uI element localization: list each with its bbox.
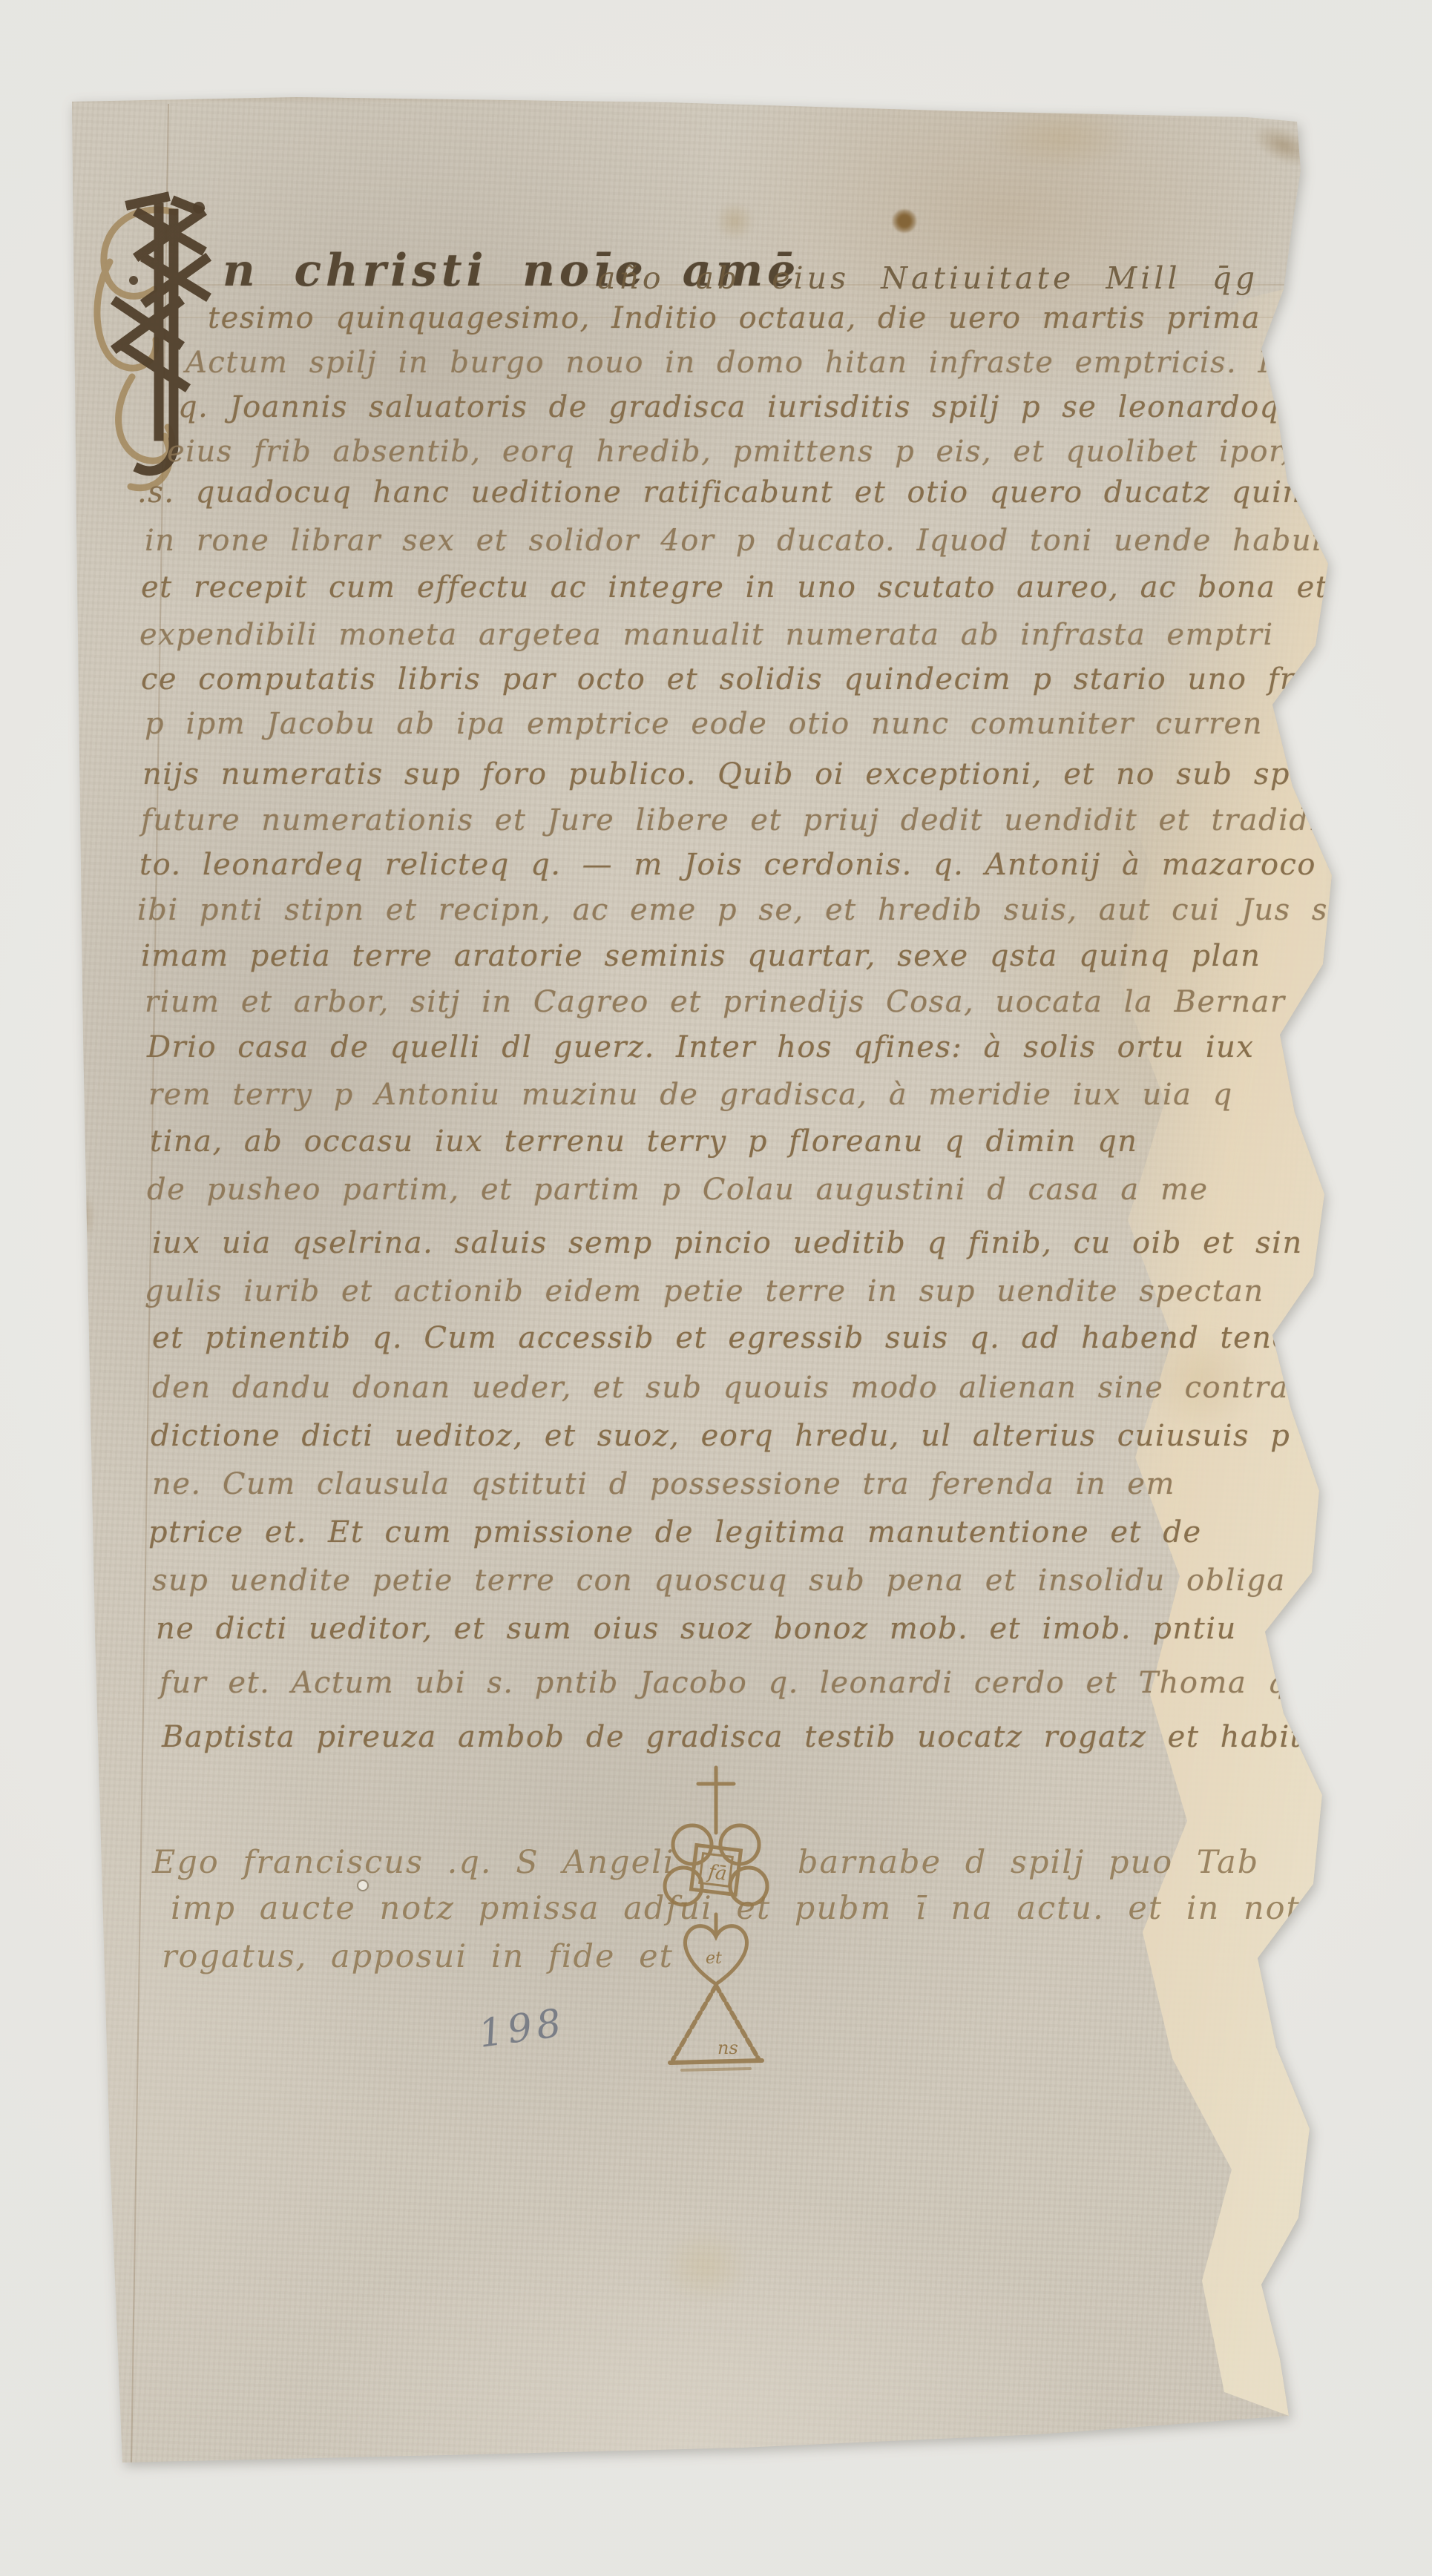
notary-mark-drawing: fā et ns bbox=[649, 1762, 783, 2081]
manuscript-line: to. leonardeq relicteq q. — m Jois cerdo… bbox=[139, 848, 1432, 882]
manuscript-line: eius frib absentib, eorq hredib, pmitten… bbox=[167, 435, 1419, 469]
notary-mark-heart-letters: et bbox=[706, 1949, 722, 1968]
manuscript-line: nijs numeratis sup foro publico. Quib oi… bbox=[142, 757, 1429, 791]
notary-mark-base-letters: ns bbox=[717, 2038, 738, 2058]
manuscript-line: in rone librar sex et solidor 4or p duca… bbox=[145, 524, 1374, 558]
manuscript-line: tesimo quinquagesimo, Inditio octaua, di… bbox=[208, 301, 1424, 335]
parchment-sheet: n christi noīe amē año ab eius Natiuitat… bbox=[67, 93, 1337, 2474]
manuscript-line: de pusheo partim, et partim p Colau augu… bbox=[147, 1173, 1209, 1207]
scanned-page: n christi noīe amē año ab eius Natiuitat… bbox=[0, 0, 1432, 2576]
notary-subscription-line-3: rogatus, apposui in fide et bbox=[162, 1938, 674, 1975]
notary-subscription-line-1: Ego franciscus .q. S Angeli bbox=[152, 1844, 675, 1881]
manuscript-line: ne. Cum clausula qstituti d possessione … bbox=[152, 1467, 1175, 1501]
manuscript-line: .s. quadocuq hanc ueditione ratificabunt… bbox=[137, 475, 1323, 510]
manuscript-line: imam petia terre aratorie seminis quarta… bbox=[141, 939, 1261, 973]
manuscript-line: et recepit cum effectu ac integre in uno… bbox=[141, 570, 1328, 605]
manuscript-line: den dandu donan ueder, et sub quouis mod… bbox=[152, 1371, 1289, 1405]
manuscript-line: Actum spilj in burgo nouo in domo hitan … bbox=[185, 346, 1432, 380]
notary-subscription-line-1-continuation: barnabe d spilj puo Tab bbox=[798, 1844, 1259, 1881]
manuscript-line: ptrice et. Et cum pmissione de legitima … bbox=[148, 1515, 1202, 1549]
manuscript-line: rem terry p Antoniu muzinu de gradisca, … bbox=[148, 1078, 1233, 1112]
manuscript-line: tina, ab occasu iux terrenu terry p flor… bbox=[150, 1124, 1138, 1159]
manuscript-line: iux uia qselrina. saluis semp pincio ued… bbox=[152, 1226, 1303, 1260]
notary-mark-monogram: fā bbox=[706, 1861, 729, 1885]
manuscript-line: q. Joannis saluatoris de gradisca iurisd… bbox=[178, 390, 1410, 424]
manuscript-line: et ptinentib q. Cum accessib et egressib… bbox=[152, 1321, 1424, 1355]
manuscript-line: Baptista pireuza ambob de gradisca testi… bbox=[162, 1720, 1330, 1754]
manuscript-line: sup uendite petie terre con quoscuq sub … bbox=[152, 1564, 1286, 1598]
manuscript-line: future numerationis et Jure libere et pr… bbox=[141, 803, 1333, 837]
invocation-heading-continuation: año ab eius Natiuitate Mill q̄g bbox=[597, 260, 1258, 296]
manuscript-line: gulis iurib et actionib eidem petie terr… bbox=[145, 1274, 1264, 1308]
manuscript-line: dictione dicti ueditoz, et suoz, eorq hr… bbox=[151, 1419, 1290, 1453]
manuscript-text: n christi noīe amē año ab eius Natiuitat… bbox=[67, 93, 1337, 2474]
manuscript-line: fur et. Actum ubi s. pntib Jacobo q. leo… bbox=[160, 1666, 1298, 1700]
manuscript-line: expendibili moneta argetea manualit nume… bbox=[139, 618, 1274, 652]
folio-number: 198 bbox=[476, 2000, 568, 2057]
manuscript-line: ce computatis libris par octo et solidis… bbox=[141, 662, 1408, 696]
manuscript-line: Drio casa de quelli dl guerz. Inter hos … bbox=[147, 1030, 1254, 1064]
manuscript-line: p ipm Jacobu ab ipa emptrice eode otio n… bbox=[145, 707, 1374, 741]
manuscript-line: ne dicti ueditor, et sum oius suoz bonoz… bbox=[156, 1612, 1237, 1646]
manuscript-line: ibi pnti stipn et recipn, ac eme p se, e… bbox=[137, 893, 1432, 927]
parchment-surface: n christi noīe amē año ab eius Natiuitat… bbox=[67, 93, 1337, 2474]
manuscript-line: rium et arbor, sitj in Cagreo et prinedi… bbox=[145, 985, 1285, 1019]
